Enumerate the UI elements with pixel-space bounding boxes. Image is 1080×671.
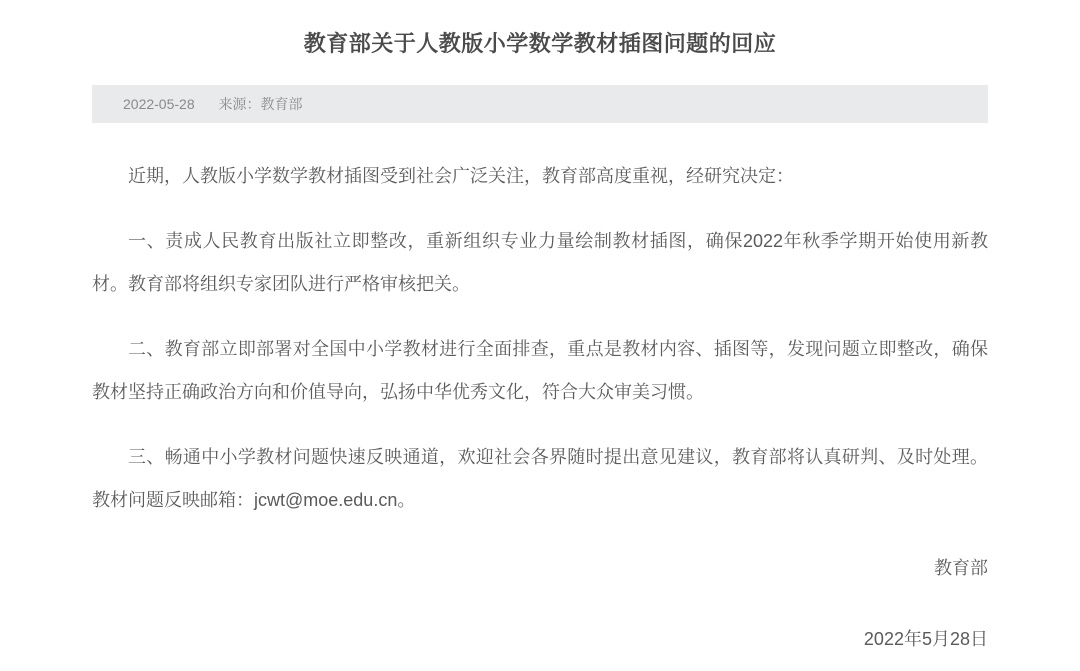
signature-date: 2022年5月28日: [92, 618, 988, 661]
article-page: 教育部关于人教版小学数学教材插图问题的回应 2022-05-28 来源：教育部 …: [92, 0, 988, 661]
meta-bar: 2022-05-28 来源：教育部: [92, 85, 988, 123]
paragraph-item-2: 二、教育部立即部署对全国中小学教材进行全面排查，重点是教材内容、插图等，发现问题…: [92, 328, 988, 414]
signature: 教育部: [92, 547, 988, 590]
publish-date: 2022-05-28: [123, 96, 195, 112]
article-body: 近期，人教版小学数学教材插图受到社会广泛关注，教育部高度重视，经研究决定： 一、…: [92, 155, 988, 522]
paragraph-item-1: 一、责成人民教育出版社立即整改，重新组织专业力量绘制教材插图，确保2022年秋季…: [92, 220, 988, 306]
source-label: 来源：教育部: [219, 96, 303, 112]
article-title: 教育部关于人教版小学数学教材插图问题的回应: [92, 26, 988, 62]
paragraph-intro: 近期，人教版小学数学教材插图受到社会广泛关注，教育部高度重视，经研究决定：: [92, 155, 988, 198]
paragraph-item-3: 三、畅通中小学教材问题快速反映通道，欢迎社会各界随时提出意见建议，教育部将认真研…: [92, 436, 988, 522]
